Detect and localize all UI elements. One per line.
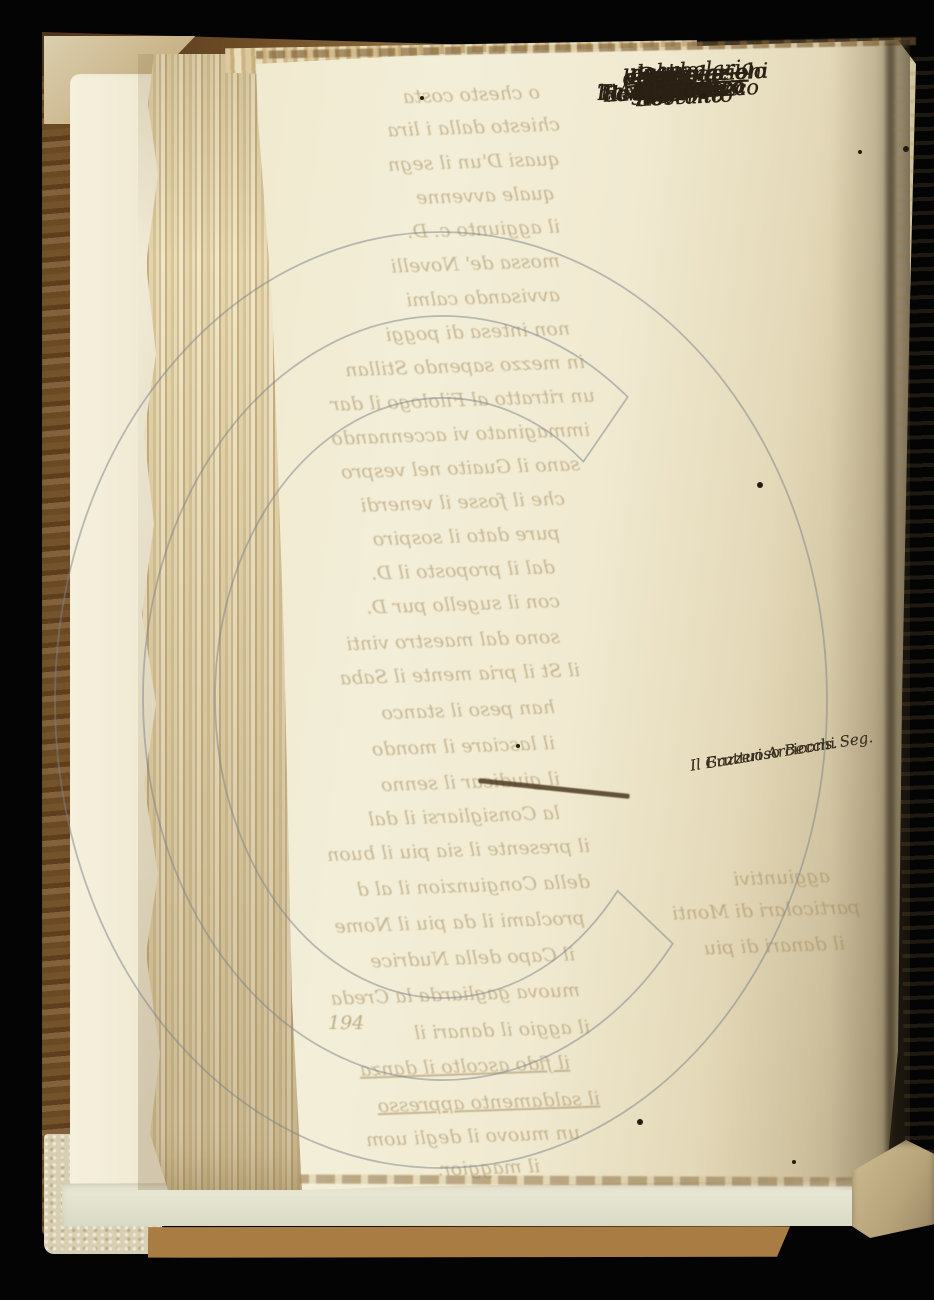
bleedthrough-line: il saldamento appresso	[340, 1087, 601, 1118]
bleedthrough-line: han peso il stanco	[335, 696, 556, 726]
bleedthrough-fragment: 194	[328, 1012, 364, 1034]
bleedthrough-line: con il sugello pur D.	[330, 590, 561, 620]
bleedthrough-line: pure dato il sospiro	[330, 522, 561, 552]
underlying-page-edge	[893, 44, 934, 1216]
ink-speck	[637, 1119, 643, 1125]
bleedthrough-line: il presente il sia piu il buon	[295, 835, 591, 867]
marbled-cover-edge	[148, 1222, 790, 1262]
bleedthrough-line: particolari di Monti	[640, 896, 861, 926]
ink-speck	[420, 96, 424, 100]
bleedthrough-line: il fido ascolto il danza	[320, 1052, 571, 1083]
bleedthrough-line: quale avvenne	[335, 182, 556, 212]
gutter-crease	[886, 42, 895, 1197]
ink-speck	[757, 482, 763, 488]
bleedthrough-line: un muovo il degli uom	[330, 1122, 581, 1153]
bleedthrough-line: il danari di piu	[645, 933, 846, 962]
bleedthrough-line: il lasciare il mondo	[335, 732, 556, 762]
bleedthrough-line: il aggio il danari il	[360, 1016, 591, 1046]
bleedthrough-line: proclami il da piu il Nome	[300, 907, 586, 939]
bleedthrough-line: o chesto costa	[330, 81, 541, 110]
bleedthrough-line: dal il proposto il D.	[340, 556, 556, 585]
bleedthrough-line: il Capo della Nudrice	[310, 943, 576, 974]
bleedthrough-line: un ritratto al Filologo il dar	[285, 385, 596, 418]
bleedthrough-line: sono dal maestro vinti	[320, 626, 561, 656]
bleedthrough-line: chiesto dalla i lira	[300, 113, 561, 144]
bleedthrough-line: muova gagliarda la Creda	[300, 979, 581, 1011]
ink-speck	[516, 744, 520, 748]
signature-line: Fruttuoso Becchi Seg.	[704, 723, 875, 778]
bleedthrough-line: aggiuntivi	[660, 865, 831, 893]
bleedthrough-line: non intesa di poggi	[320, 318, 571, 349]
bleedthrough-line: in mezzo sapendo Stillan	[295, 351, 586, 383]
bleedthrough-line: immaginato vi accennando	[290, 419, 591, 451]
bleedthrough-line: quasi D'un il segn	[330, 148, 561, 178]
ink-speck	[792, 1160, 796, 1164]
bleedthrough-line: il aggiunto c. D.	[310, 216, 561, 247]
bleedthrough-line: la Consigliarsi il dal	[325, 802, 561, 832]
ink-speck	[903, 146, 909, 152]
bleedthrough-line: della Congiunzion il al d	[290, 871, 591, 903]
book-photo: o chesto costachiesto dalla i liraquasi …	[0, 0, 934, 1300]
bleedthrough-line: mossa de' Novelli	[320, 250, 561, 280]
ink-speck	[700, 93, 706, 99]
bleedthrough-line: che il fosse il venerdi	[315, 488, 566, 519]
bleedthrough-line: sano il Guaito nel vespro	[300, 453, 581, 485]
ink-speck	[858, 150, 862, 154]
bleedthrough-line: il St il pria mente il Saba	[300, 659, 581, 691]
bleedthrough-line: avvisando calmi	[330, 284, 561, 314]
